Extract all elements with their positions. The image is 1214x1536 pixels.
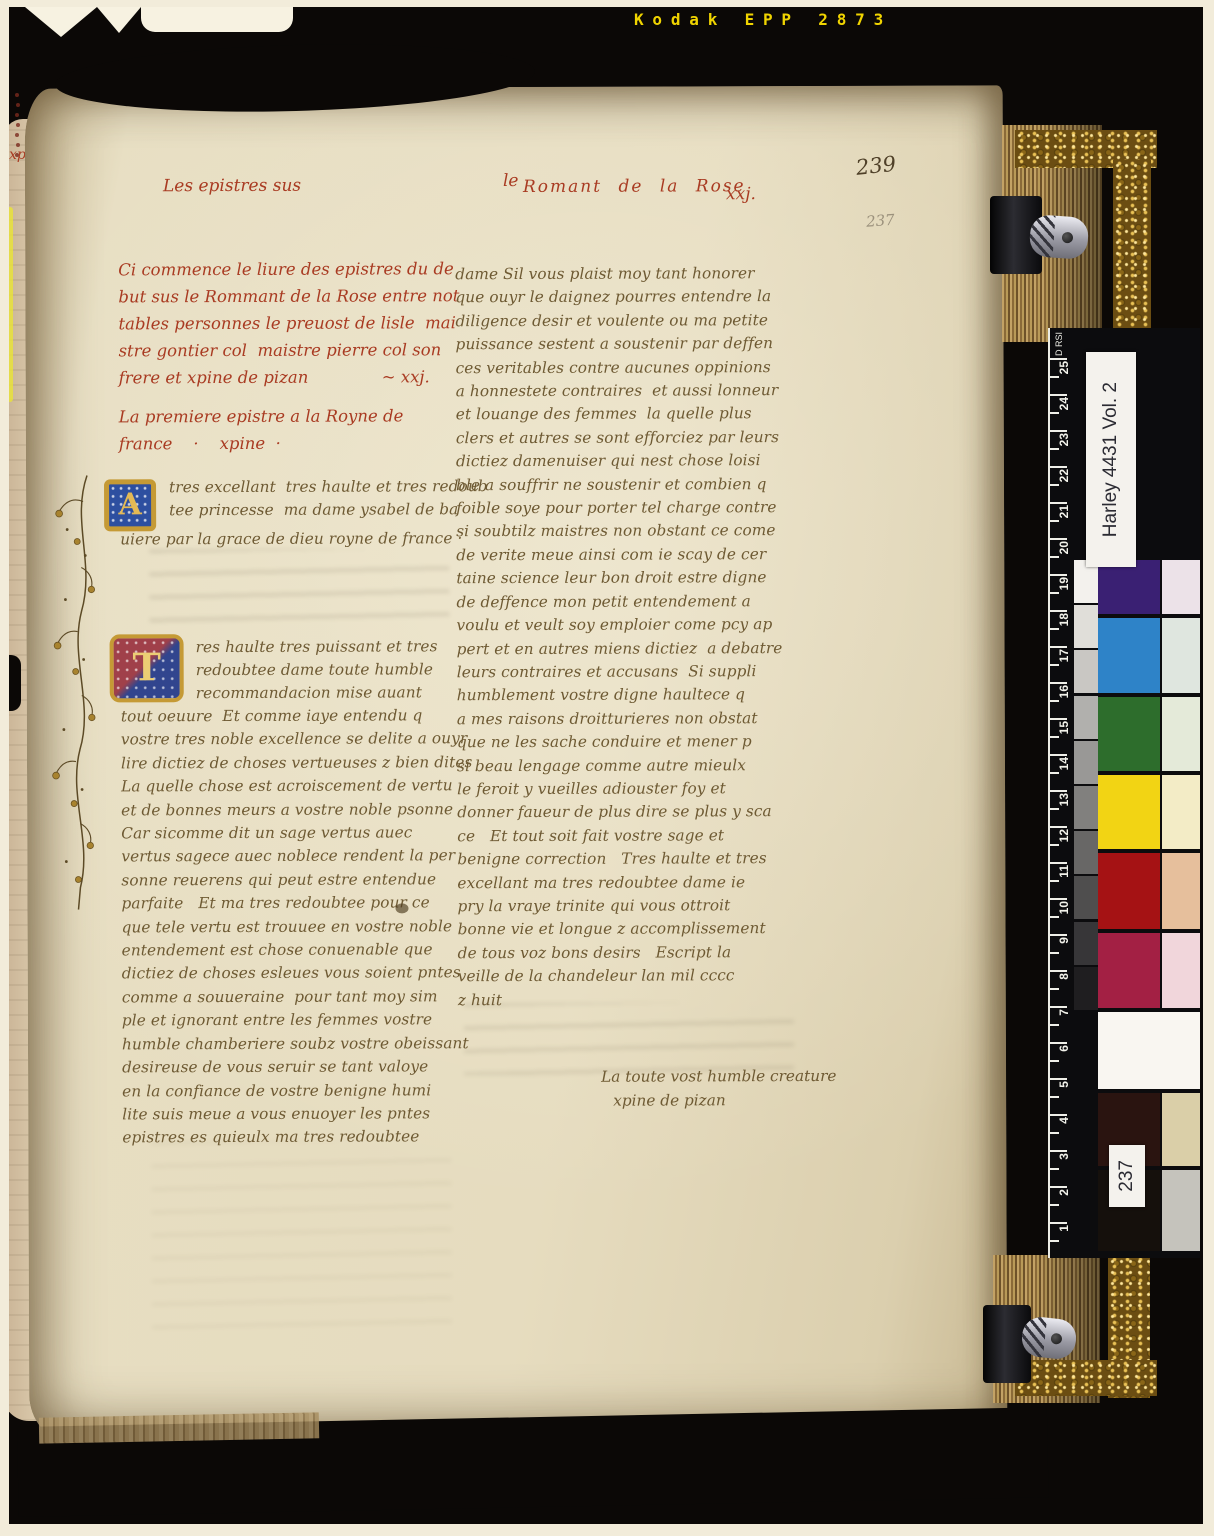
pricking-dot bbox=[16, 123, 20, 127]
film-stock-label: Kodak EPP 2873 bbox=[613, 10, 913, 29]
running-header-left: Les epistres sus bbox=[163, 176, 301, 196]
pricking-dot bbox=[15, 133, 19, 137]
photo-black-field: Kodak EPP 2873 xp. Les epistres sus le R… bbox=[9, 7, 1203, 1524]
folio-number-ink: 239 bbox=[855, 152, 897, 180]
gilt-binding-right-band bbox=[1113, 160, 1151, 350]
show-through bbox=[151, 1140, 452, 1331]
epistle-right-column: dame Sil vous plaist moy tant honorerque… bbox=[455, 262, 803, 1012]
page-stack-bottom-edge bbox=[39, 1412, 319, 1443]
signature-line-1: La toute vost humble creature bbox=[601, 1067, 836, 1086]
gilt-binding-bottom-bar bbox=[1015, 1360, 1157, 1396]
ink-blot bbox=[395, 903, 408, 913]
rubric-incipit: Ci commence le liure des epistres du deb… bbox=[118, 255, 453, 391]
illuminated-initial-t: T bbox=[110, 634, 184, 702]
binder-clip-top-handle bbox=[1029, 214, 1090, 260]
rubric-first-epistle: La premiere epistre a la Royne defrance … bbox=[119, 402, 454, 457]
signature-line-2: xpine de pizan bbox=[613, 1091, 726, 1109]
running-header-number: xxj. bbox=[726, 184, 756, 204]
photograph-frame: Kodak EPP 2873 xp. Les epistres sus le R… bbox=[0, 0, 1214, 1536]
volume-label: Harley 4431 Vol. 2 bbox=[1086, 352, 1136, 567]
running-header-right: Romant de la Rose bbox=[523, 176, 746, 197]
ivy-spray-decoration-svg bbox=[47, 471, 119, 911]
pricking-dot bbox=[15, 113, 19, 117]
manuscript-page: Les epistres sus le Romant de la Rose xx… bbox=[25, 85, 1008, 1440]
dedication-lines-indented: tres excellant tres haulte et tres redou… bbox=[169, 475, 469, 523]
film-notch-triangle-icon bbox=[97, 7, 141, 33]
folio-number-pencil: 237 bbox=[865, 211, 895, 231]
edge-shadow-wedge bbox=[9, 655, 21, 711]
folio-label: 237 bbox=[1109, 1145, 1145, 1207]
light-leak bbox=[9, 207, 13, 402]
ruler-edge-text: D RSI bbox=[1054, 332, 1064, 356]
show-through bbox=[464, 1002, 794, 1075]
epistle-lines: tout oeuure Et comme iaye entendu qvostr… bbox=[121, 704, 471, 1150]
pricking-dot bbox=[16, 103, 20, 107]
running-header-mid: le bbox=[503, 171, 519, 191]
ruler: D RSI 1234567891011121314151617181920212… bbox=[1048, 328, 1074, 1258]
film-notch-bar-icon bbox=[141, 7, 293, 32]
dedication-lines: uiere par la grace de dieu royne de fran… bbox=[120, 527, 465, 552]
epistle-lines-indented: res haulte tres puissant et tresredoubte… bbox=[196, 635, 476, 706]
show-through bbox=[149, 548, 449, 635]
film-notch-triangle-icon bbox=[25, 7, 97, 37]
color-calibration-strip: D RSI 1234567891011121314151617181920212… bbox=[1048, 328, 1200, 1258]
pricking-dot bbox=[15, 93, 19, 97]
